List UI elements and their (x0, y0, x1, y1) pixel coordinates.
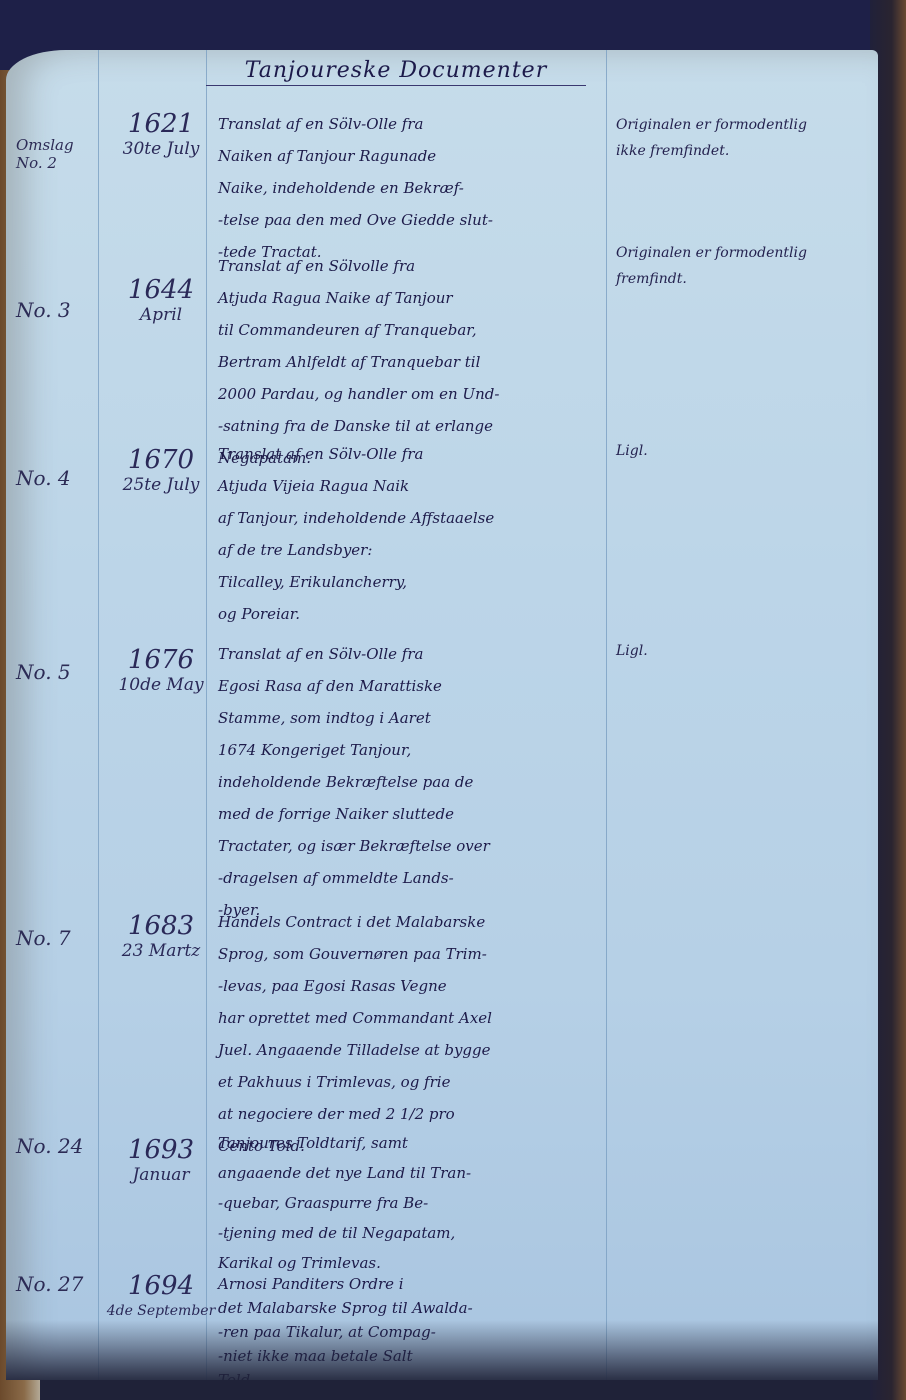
entry-year: 1644 (106, 276, 216, 304)
description-line: -niet ikke maa betale Salt (218, 1344, 598, 1368)
entry-number: No. 7 (16, 926, 96, 950)
entry-remark: Originalen er formodentlig ikke fremfind… (616, 112, 866, 164)
description-line: Tilcalley, Erikulancherry, (218, 566, 598, 598)
entry-day: April (106, 304, 216, 326)
entry-year: 1621 (106, 110, 216, 138)
description-line: og Poreiar. (218, 598, 598, 630)
entry-date: 1621 30te July (106, 110, 216, 160)
entry-year: 1676 (106, 646, 216, 674)
description-line: af Tanjour, indeholdende Affstaaelse (218, 502, 598, 534)
entry-remark: Originalen er formodentlig fremfindt. (616, 240, 866, 292)
description-line: Translat af en Sölvolle fra (218, 250, 598, 282)
entry-date: 1694 4de September (106, 1272, 216, 1322)
description-line: Bertram Ahlfeldt af Tranquebar til (218, 346, 598, 378)
remark-line: Ligl. (616, 438, 866, 464)
entry-year: 1683 (106, 912, 216, 940)
column-rule-number (98, 50, 99, 1380)
description-line: Arnosi Panditers Ordre i (218, 1272, 598, 1296)
description-line: Told. (218, 1368, 598, 1380)
description-line: -tjening med de til Negapatam, (218, 1218, 598, 1248)
remark-line: Ligl. (616, 638, 866, 664)
entry-day: 10de May (106, 674, 216, 696)
entry-date: 1676 10de May (106, 646, 216, 696)
remark-line: Originalen er formodentlig (616, 240, 866, 266)
entry-number: Omslag No. 2 (16, 136, 96, 172)
description-line: 2000 Pardau, og handler om en Und- (218, 378, 598, 410)
description-line: har oprettet med Commandant Axel (218, 1002, 598, 1034)
description-line: Translat af en Sölv-Olle fra (218, 108, 598, 140)
description-line: at negociere der med 2 1/2 pro (218, 1098, 598, 1130)
description-line: Atjuda Vijeia Ragua Naik (218, 470, 598, 502)
description-line: Handels Contract i det Malabarske (218, 906, 598, 938)
description-line: med de forrige Naiker sluttede (218, 798, 598, 830)
description-line: angaaende det nye Land til Tran- (218, 1158, 598, 1188)
description-line: -telse paa den med Ove Giedde slut- (218, 204, 598, 236)
entry-description: Translat af en Sölv-Olle fra Atjuda Vije… (218, 438, 598, 630)
entry-remark: Ligl. (616, 638, 866, 664)
ledger-page: Tanjoureske Documenter Omslag No. 2 1621… (6, 50, 878, 1380)
entry-number: No. 3 (16, 298, 96, 322)
remark-line: Originalen er formodentlig (616, 112, 866, 138)
description-line: det Malabarske Sprog til Awalda- (218, 1296, 598, 1320)
entry-year: 1693 (106, 1136, 216, 1164)
description-line: Translat af en Sölv-Olle fra (218, 638, 598, 670)
description-line: et Pakhuus i Trimlevas, og frie (218, 1066, 598, 1098)
description-line: Naiken af Tanjour Ragunade (218, 140, 598, 172)
page-title: Tanjoureske Documenter (206, 58, 586, 86)
entry-number: No. 24 (16, 1134, 96, 1158)
description-line: -levas, paa Egosi Rasas Vegne (218, 970, 598, 1002)
entry-remark: Ligl. (616, 438, 866, 464)
entry-description: Arnosi Panditers Ordre i det Malabarske … (218, 1272, 598, 1380)
entry-day: Januar (106, 1164, 216, 1186)
entry-day: 25te July (106, 474, 216, 496)
entry-date: 1683 23 Martz (106, 912, 216, 962)
description-line: til Commandeuren af Tranquebar, (218, 314, 598, 346)
entry-description: Translat af en Sölv-Olle fra Egosi Rasa … (218, 638, 598, 926)
entry-day: 30te July (106, 138, 216, 160)
description-line: indeholdende Bekræftelse paa de (218, 766, 598, 798)
description-line: Sprog, som Gouvernøren paa Trim- (218, 938, 598, 970)
entry-number: No. 5 (16, 660, 96, 684)
entry-date: 1670 25te July (106, 446, 216, 496)
description-line: Stamme, som indtog i Aaret (218, 702, 598, 734)
description-line: Naike, indeholdende en Bekræf- (218, 172, 598, 204)
description-line: Atjuda Ragua Naike af Tanjour (218, 282, 598, 314)
entry-date: 1693 Januar (106, 1136, 216, 1186)
remark-line: ikke fremfindet. (616, 138, 866, 164)
description-line: Tractater, og især Bekræftelse over (218, 830, 598, 862)
entry-description: Handels Contract i det Malabarske Sprog,… (218, 906, 598, 1162)
entry-day: 4de September (106, 1300, 216, 1322)
description-line: Tanjoures Toldtarif, samt (218, 1128, 598, 1158)
description-line: af de tre Landsbyer: (218, 534, 598, 566)
description-line: -dragelsen af ommeldte Lands- (218, 862, 598, 894)
entry-year: 1670 (106, 446, 216, 474)
entry-description: Tanjoures Toldtarif, samt angaaende det … (218, 1128, 598, 1278)
description-line: 1674 Kongeriget Tanjour, (218, 734, 598, 766)
column-rule-description (606, 50, 607, 1380)
description-line: Egosi Rasa af den Marattiske (218, 670, 598, 702)
entry-number: No. 4 (16, 466, 96, 490)
entry-day: 23 Martz (106, 940, 216, 962)
entry-year: 1694 (106, 1272, 216, 1300)
entry-number: No. 27 (16, 1272, 96, 1296)
description-line: -quebar, Graaspurre fra Be- (218, 1188, 598, 1218)
entry-description: Translat af en Sölv-Olle fra Naiken af T… (218, 108, 598, 268)
description-line: -ren paa Tikalur, at Compag- (218, 1320, 598, 1344)
remark-line: fremfindt. (616, 266, 866, 292)
description-line: Juel. Angaaende Tilladelse at bygge (218, 1034, 598, 1066)
description-line: Translat af en Sölv-Olle fra (218, 438, 598, 470)
entry-date: 1644 April (106, 276, 216, 326)
